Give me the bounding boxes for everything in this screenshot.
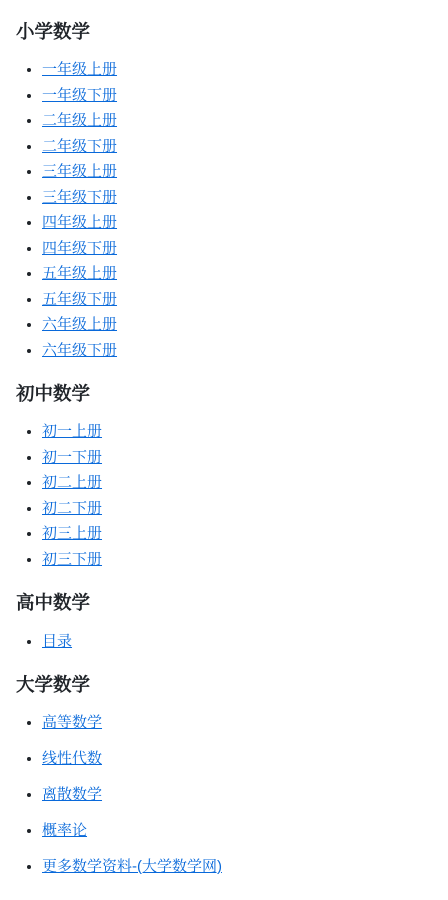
list-item: 初三下册 [42,547,432,573]
list-item: 一年级下册 [42,83,432,109]
list-item: 初二下册 [42,496,432,522]
textbook-link[interactable]: 高等数学 [42,714,102,731]
section-middle-school-math: 初中数学 初一上册 初一下册 初二上册 初二下册 初三上册 初三下册 [16,383,432,572]
textbook-link[interactable]: 更多数学资料-(大学数学网) [42,858,222,875]
list-item: 四年级上册 [42,210,432,236]
textbook-link[interactable]: 三年级下册 [42,189,117,206]
textbook-link[interactable]: 五年级上册 [42,265,117,282]
list-item: 二年级上册 [42,108,432,134]
textbook-list: 高等数学 线性代数 离散数学 概率论 更多数学资料-(大学数学网) [16,710,432,880]
section-elementary-math: 小学数学 一年级上册 一年级下册 二年级上册 二年级下册 三年级上册 三年级下册… [16,21,432,363]
list-item: 初二上册 [42,470,432,496]
list-item: 六年级下册 [42,338,432,364]
textbook-link[interactable]: 四年级下册 [42,240,117,257]
textbook-link[interactable]: 初一上册 [42,423,102,440]
textbook-link[interactable]: 目录 [42,633,72,650]
section-university-math: 大学数学 高等数学 线性代数 离散数学 概率论 更多数学资料-(大学数学网) [16,674,432,880]
textbook-link[interactable]: 二年级上册 [42,112,117,129]
list-item: 二年级下册 [42,134,432,160]
textbook-list: 一年级上册 一年级下册 二年级上册 二年级下册 三年级上册 三年级下册 四年级上… [16,57,432,363]
textbook-link[interactable]: 概率论 [42,822,87,839]
list-item: 线性代数 [42,746,432,772]
textbook-link[interactable]: 初三下册 [42,551,102,568]
list-item: 六年级上册 [42,312,432,338]
textbook-link[interactable]: 五年级下册 [42,291,117,308]
textbook-link[interactable]: 初三上册 [42,525,102,542]
textbook-link[interactable]: 六年级下册 [42,342,117,359]
list-item: 高等数学 [42,710,432,736]
section-title: 高中数学 [16,592,432,614]
textbook-link[interactable]: 初一下册 [42,449,102,466]
textbook-list: 初一上册 初一下册 初二上册 初二下册 初三上册 初三下册 [16,419,432,572]
list-item: 五年级上册 [42,261,432,287]
list-item: 一年级上册 [42,57,432,83]
document-body: 小学数学 一年级上册 一年级下册 二年级上册 二年级下册 三年级上册 三年级下册… [16,21,432,880]
list-item: 概率论 [42,818,432,844]
textbook-link[interactable]: 一年级下册 [42,87,117,104]
textbook-link[interactable]: 线性代数 [42,750,102,767]
textbook-link[interactable]: 六年级上册 [42,316,117,333]
textbook-link[interactable]: 四年级上册 [42,214,117,231]
textbook-link[interactable]: 初二上册 [42,474,102,491]
list-item: 四年级下册 [42,236,432,262]
list-item: 初一上册 [42,419,432,445]
textbook-link[interactable]: 一年级上册 [42,61,117,78]
textbook-link[interactable]: 二年级下册 [42,138,117,155]
section-title: 小学数学 [16,21,432,43]
textbook-link[interactable]: 三年级上册 [42,163,117,180]
list-item: 初一下册 [42,445,432,471]
textbook-link[interactable]: 离散数学 [42,786,102,803]
list-item: 更多数学资料-(大学数学网) [42,854,432,880]
section-high-school-math: 高中数学 目录 [16,592,432,654]
list-item: 离散数学 [42,782,432,808]
section-title: 大学数学 [16,674,432,696]
section-title: 初中数学 [16,383,432,405]
list-item: 初三上册 [42,521,432,547]
textbook-list: 目录 [16,629,432,655]
textbook-link[interactable]: 初二下册 [42,500,102,517]
list-item: 三年级上册 [42,159,432,185]
list-item: 目录 [42,629,432,655]
list-item: 五年级下册 [42,287,432,313]
list-item: 三年级下册 [42,185,432,211]
